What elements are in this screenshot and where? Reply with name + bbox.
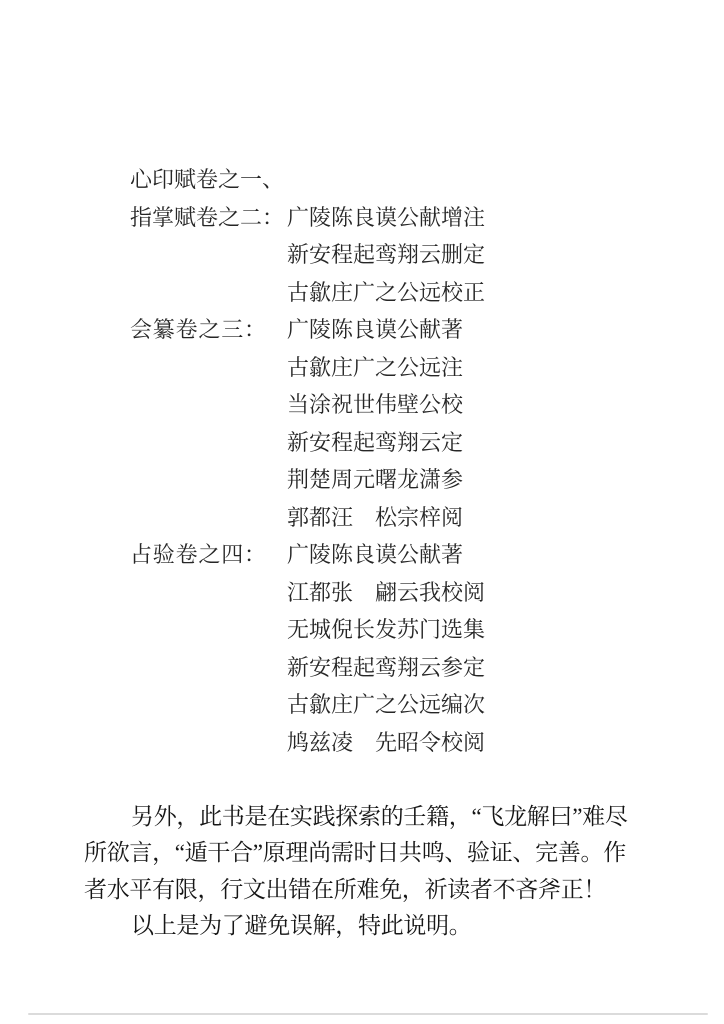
header-spacer (130, 611, 287, 649)
header-spacer (130, 686, 287, 724)
volume-header-2: 指掌赋卷之二： (130, 199, 287, 237)
credit-line: 新安程起鸾翔云参定 (287, 649, 485, 687)
volume-row: 鸠兹凌 先昭令校阅 (130, 724, 485, 762)
volume-row: 指掌赋卷之二： 广陵陈良谟公献增注 (130, 199, 485, 237)
volume-row: 郭都汪 松宗梓阅 (130, 499, 485, 537)
credit-line: 江都张 翩云我校阅 (287, 574, 485, 612)
volume-row: 占验卷之四： 广陵陈良谟公献著 (130, 536, 485, 574)
volume-header-3: 会纂卷之三： (130, 311, 287, 349)
volume-credits-list: 心印赋卷之一、 指掌赋卷之二： 广陵陈良谟公献增注 新安程起鸾翔云删定 古歙庄广… (130, 161, 485, 761)
header-spacer (130, 649, 287, 687)
header-spacer (130, 349, 287, 387)
credit-line: 鸠兹凌 先昭令校阅 (287, 724, 485, 762)
scanned-book-page: { "page": { "background": "#ffffff", "li… (0, 0, 724, 1024)
volume-row: 古歙庄广之公远编次 (130, 686, 485, 724)
header-spacer (130, 424, 287, 462)
volume-row: 心印赋卷之一、 (130, 161, 485, 199)
credit-line: 郭都汪 松宗梓阅 (287, 499, 463, 537)
credit-line: 广陵陈良谟公献著 (287, 536, 463, 574)
volume-row: 会纂卷之三： 广陵陈良谟公献著 (130, 311, 485, 349)
volume-header-1: 心印赋卷之一、 (130, 161, 287, 199)
credit-line: 新安程起鸾翔云删定 (287, 236, 485, 274)
volume-row: 古歙庄广之公远校正 (130, 274, 485, 312)
credit-line: 广陵陈良谟公献著 (287, 311, 463, 349)
credit-line: 新安程起鸾翔云定 (287, 424, 463, 462)
afterword-line: 以上是为了避免误解，特此说明。 (84, 908, 654, 944)
afterword-line: 另外，此书是在实践探索的壬籍，“飞龙解曰”难尽 (84, 799, 654, 835)
header-spacer (130, 574, 287, 612)
header-spacer (130, 499, 287, 537)
credit-line: 荆楚周元曙龙潇参 (287, 461, 463, 499)
volume-row: 古歙庄广之公远注 (130, 349, 485, 387)
afterword-paragraph: 另外，此书是在实践探索的壬籍，“飞龙解曰”难尽 所欲言，“遁干合”原理尚需时日共… (84, 799, 654, 945)
header-spacer (130, 386, 287, 424)
header-spacer (130, 461, 287, 499)
scan-artifact-line (28, 1013, 708, 1015)
volume-row: 新安程起鸾翔云参定 (130, 649, 485, 687)
credit-line: 古歙庄广之公远编次 (287, 686, 485, 724)
credit-line: 古歙庄广之公远注 (287, 349, 463, 387)
volume-row: 江都张 翩云我校阅 (130, 574, 485, 612)
header-spacer (130, 274, 287, 312)
credit-line: 广陵陈良谟公献增注 (287, 199, 485, 237)
afterword-line: 所欲言，“遁干合”原理尚需时日共鸣、验证、完善。作 (84, 835, 654, 871)
volume-header-4: 占验卷之四： (130, 536, 287, 574)
credit-line: 古歙庄广之公远校正 (287, 274, 485, 312)
header-spacer (130, 724, 287, 762)
volume-row: 新安程起鸾翔云删定 (130, 236, 485, 274)
volume-row: 当涂祝世伟壁公校 (130, 386, 485, 424)
header-spacer (130, 236, 287, 274)
credit-line: 当涂祝世伟壁公校 (287, 386, 463, 424)
credit-line: 无城倪长发苏门选集 (287, 611, 485, 649)
volume-row: 荆楚周元曙龙潇参 (130, 461, 485, 499)
afterword-line: 者水平有限，行文出错在所难免，祈读者不吝斧正！ (84, 872, 654, 908)
volume-row: 无城倪长发苏门选集 (130, 611, 485, 649)
volume-row: 新安程起鸾翔云定 (130, 424, 485, 462)
